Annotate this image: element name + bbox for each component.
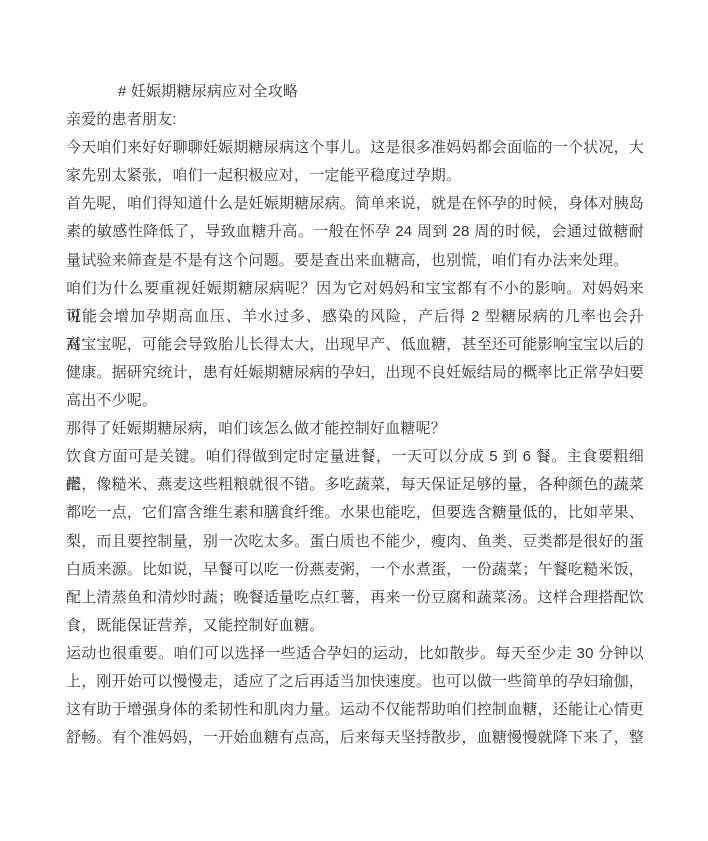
paragraph: 那得了妊娠期糖尿病，咱们该怎么做才能控制好血糖呢？ [66,415,644,443]
text-line: 量试验来筛查是不是有这个问题。要是查出来血糖高，也别慌，咱们有办法来处理。 [66,247,644,275]
text-line: 舒畅。有个准妈妈，一开始血糖有点高，后来每天坚持散步，血糖慢慢就降下来了，整 [66,724,644,752]
paragraph: 咱们为什么要重视妊娠期糖尿病呢？因为它对妈妈和宝宝都有不小的影响。对妈妈来说，可… [66,275,644,415]
text-line: 可能会增加孕期高血压、羊水过多、感染的风险，产后得 2 型糖尿病的几率也会升高。 [66,303,644,331]
text-line: 都吃一点，它们富含维生素和膳食纤维。水果也能吃，但要选含糖量低的，比如苹果、 [66,499,644,527]
text-line: 配，像糙米、燕麦这些粗粮就很不错。多吃蔬菜，每天保证足够的量，各种颜色的蔬菜 [66,471,644,499]
text-line: 梨，而且要控制量，别一次吃太多。蛋白质也不能少，瘦肉、鱼类、豆类都是很好的蛋 [66,528,644,556]
text-line: 对宝宝呢，可能会导致胎儿长得太大，出现早产、低血糖，甚至还可能影响宝宝以后的 [66,331,644,359]
paragraph: 饮食方面可是关键。咱们得做到定时定量进餐，一天可以分成 5 到 6 餐。主食要粗… [66,443,644,640]
text-line: 上，刚开始可以慢慢走，适应了之后再适当加快速度。也可以做一些简单的孕妇瑜伽， [66,668,644,696]
text-line: 配上清蒸鱼和清炒时蔬；晚餐适量吃点红薯，再来一份豆腐和蔬菜汤。这样合理搭配饮 [66,584,644,612]
text-line: 白质来源。比如说，早餐可以吃一份燕麦粥，一个水煮蛋，一份蔬菜；午餐吃糙米饭， [66,556,644,584]
text-line: 首先呢，咱们得知道什么是妊娠期糖尿病。简单来说，就是在怀孕的时候，身体对胰岛 [66,190,644,218]
text-line: 高出不少呢。 [66,387,644,415]
paragraph: 今天咱们来好好聊聊妊娠期糖尿病这个事儿。这是很多准妈妈都会面临的一个状况，大家先… [66,134,644,190]
text-line: 健康。据研究统计，患有妊娠期糖尿病的孕妇，出现不良妊娠结局的概率比正常孕妇要 [66,359,644,387]
document-heading: # 妊娠期糖尿病应对全攻略 [66,78,644,106]
paragraph: 亲爱的患者朋友: [66,106,644,134]
text-line: 这有助于增强身体的柔韧性和肌肉力量。运动不仅能帮助咱们控制血糖，还能让心情更 [66,696,644,724]
text-line: 今天咱们来好好聊聊妊娠期糖尿病这个事儿。这是很多准妈妈都会面临的一个状况，大 [66,134,644,162]
document-content: # 妊娠期糖尿病应对全攻略亲爱的患者朋友:今天咱们来好好聊聊妊娠期糖尿病这个事儿… [66,78,644,752]
text-line: # 妊娠期糖尿病应对全攻略 [66,78,644,106]
text-line: 亲爱的患者朋友: [66,106,644,134]
paragraph: 运动也很重要。咱们可以选择一些适合孕妇的运动，比如散步。每天至少走 30 分钟以… [66,640,644,752]
text-line: 咱们为什么要重视妊娠期糖尿病呢？因为它对妈妈和宝宝都有不小的影响。对妈妈来说， [66,275,644,303]
document-page: # 妊娠期糖尿病应对全攻略亲爱的患者朋友:今天咱们来好好聊聊妊娠期糖尿病这个事儿… [0,0,708,841]
text-line: 素的敏感性降低了，导致血糖升高。一般在怀孕 24 周到 28 周的时候，会通过做… [66,218,644,246]
text-line: 食，既能保证营养，又能控制好血糖。 [66,612,644,640]
text-line: 运动也很重要。咱们可以选择一些适合孕妇的运动，比如散步。每天至少走 30 分钟以 [66,640,644,668]
text-line: 家先别太紧张，咱们一起积极应对，一定能平稳度过孕期。 [66,162,644,190]
paragraph: 首先呢，咱们得知道什么是妊娠期糖尿病。简单来说，就是在怀孕的时候，身体对胰岛素的… [66,190,644,274]
text-line: 那得了妊娠期糖尿病，咱们该怎么做才能控制好血糖呢？ [66,415,644,443]
text-line: 饮食方面可是关键。咱们得做到定时定量进餐，一天可以分成 5 到 6 餐。主食要粗… [66,443,644,471]
